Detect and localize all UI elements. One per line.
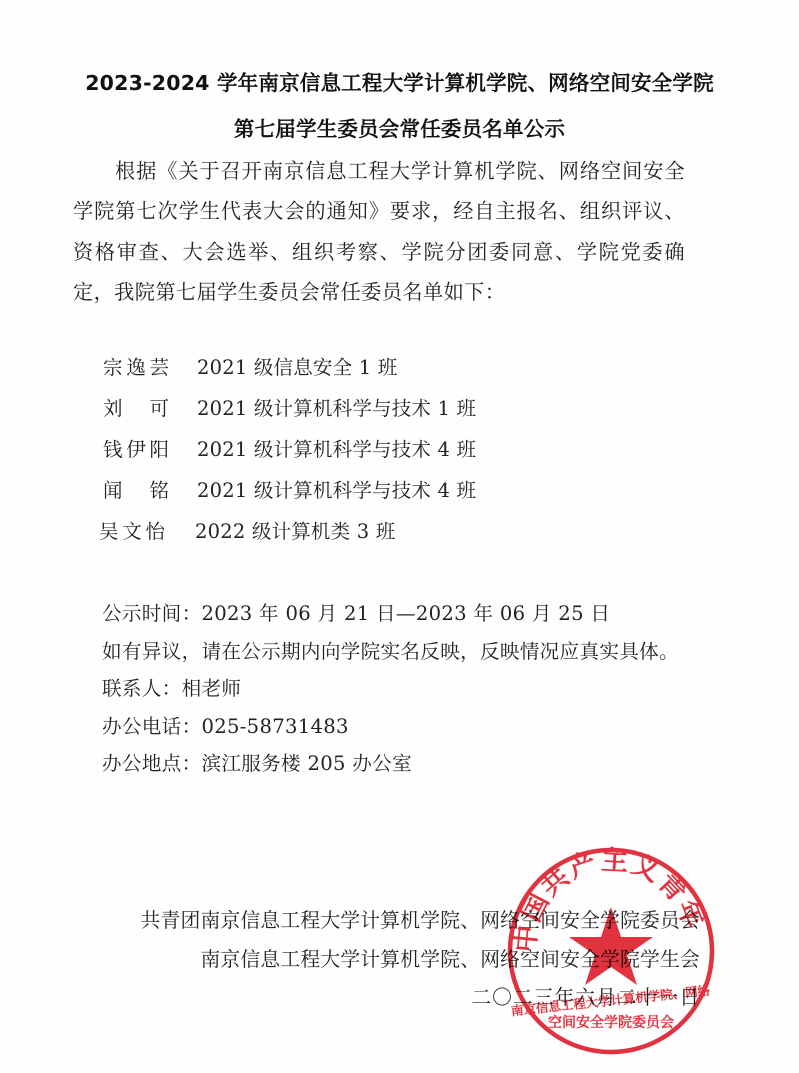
member-class: 2021 级计算机科学与技术 4 班: [197, 475, 476, 503]
member-class: 2021 级计算机科学与技术 1 班: [197, 393, 476, 421]
notice-contact: 联系人：相老师: [102, 672, 679, 710]
seal-bottom-line-2: 空间安全学院委员会: [548, 1014, 674, 1031]
member-class: 2021 级信息安全 1 班: [197, 352, 397, 380]
member-class: 2021 级计算机科学与技术 4 班: [197, 434, 476, 462]
document-page: 2023-2024 学年南京信息工程大学计算机学院、网络空间安全学院 第七届学生…: [0, 0, 799, 1073]
intro-paragraph: 根据《关于召开南京信息工程大学计算机学院、网络空间安全学院第七次学生代表大会的通…: [73, 151, 685, 312]
signature-org-1: 共青团南京信息工程大学计算机学院、网络空间安全学院委员会: [141, 904, 700, 933]
member-class: 2022 级计算机类 3 班: [195, 516, 395, 544]
seal-arc-text: 中国共产主义青年团: [505, 845, 710, 954]
notice-block: 公示时间：2023 年 06 月 21 日—2023 年 06 月 25 日 如…: [102, 597, 679, 785]
notice-phone: 办公电话：025-58731483: [102, 710, 679, 748]
notice-period: 公示时间：2023 年 06 月 21 日—2023 年 06 月 25 日: [102, 597, 679, 635]
member-name: 刘 可: [103, 393, 169, 421]
member-name: 闻 铭: [103, 475, 169, 503]
document-title-line-2: 第七届学生委员会常任委员名单公示: [0, 112, 799, 142]
signature-org-2: 南京信息工程大学计算机学院、网络空间安全学院学生会: [200, 943, 700, 972]
notice-office: 办公地点：滨江服务楼 205 办公室: [102, 747, 679, 785]
member-name: 宗逸芸: [103, 352, 169, 380]
member-name: 吴文怡: [99, 516, 165, 544]
document-title-line-1: 2023-2024 学年南京信息工程大学计算机学院、网络空间安全学院: [0, 66, 799, 96]
svg-text:中国共产主义青年团: 中国共产主义青年团: [505, 845, 710, 954]
intro-paragraph-text: 根据《关于召开南京信息工程大学计算机学院、网络空间安全学院第七次学生代表大会的通…: [73, 159, 685, 304]
notice-objection: 如有异议，请在公示期内向学院实名反映，反映情况应真实具体。: [102, 635, 679, 673]
signature-date: 二〇二三年六月二十一日: [471, 981, 700, 1010]
member-name: 钱伊阳: [103, 434, 169, 462]
